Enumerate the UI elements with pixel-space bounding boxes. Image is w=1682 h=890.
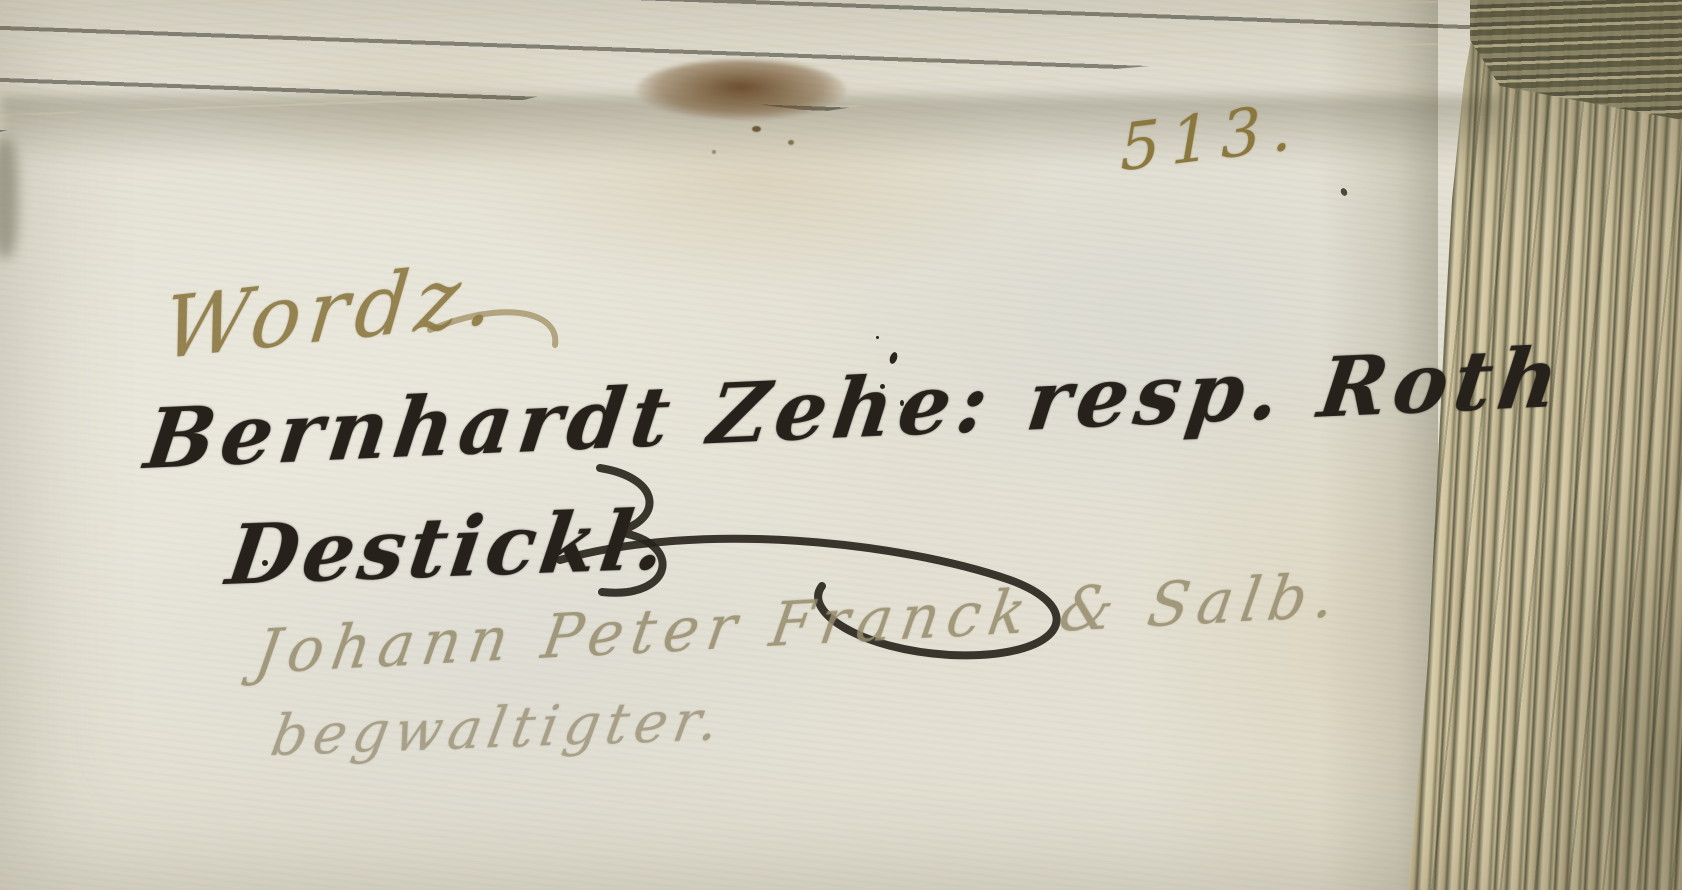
inscription-header: Wordz. bbox=[159, 244, 506, 379]
left-edge-smudge bbox=[0, 138, 18, 258]
manuscript-photo: 513. Wordz. Bernhardt Zehe: resp. Roth D… bbox=[0, 0, 1682, 890]
stain-drip bbox=[788, 140, 794, 145]
brown-stain bbox=[636, 60, 846, 120]
stain-drip bbox=[752, 126, 761, 132]
inscription-agent-line-2: begwaltigter. bbox=[266, 688, 730, 769]
ink-speck bbox=[876, 336, 879, 339]
stain-drip bbox=[712, 150, 716, 154]
inscription-case-line: Destickl. bbox=[221, 492, 675, 604]
